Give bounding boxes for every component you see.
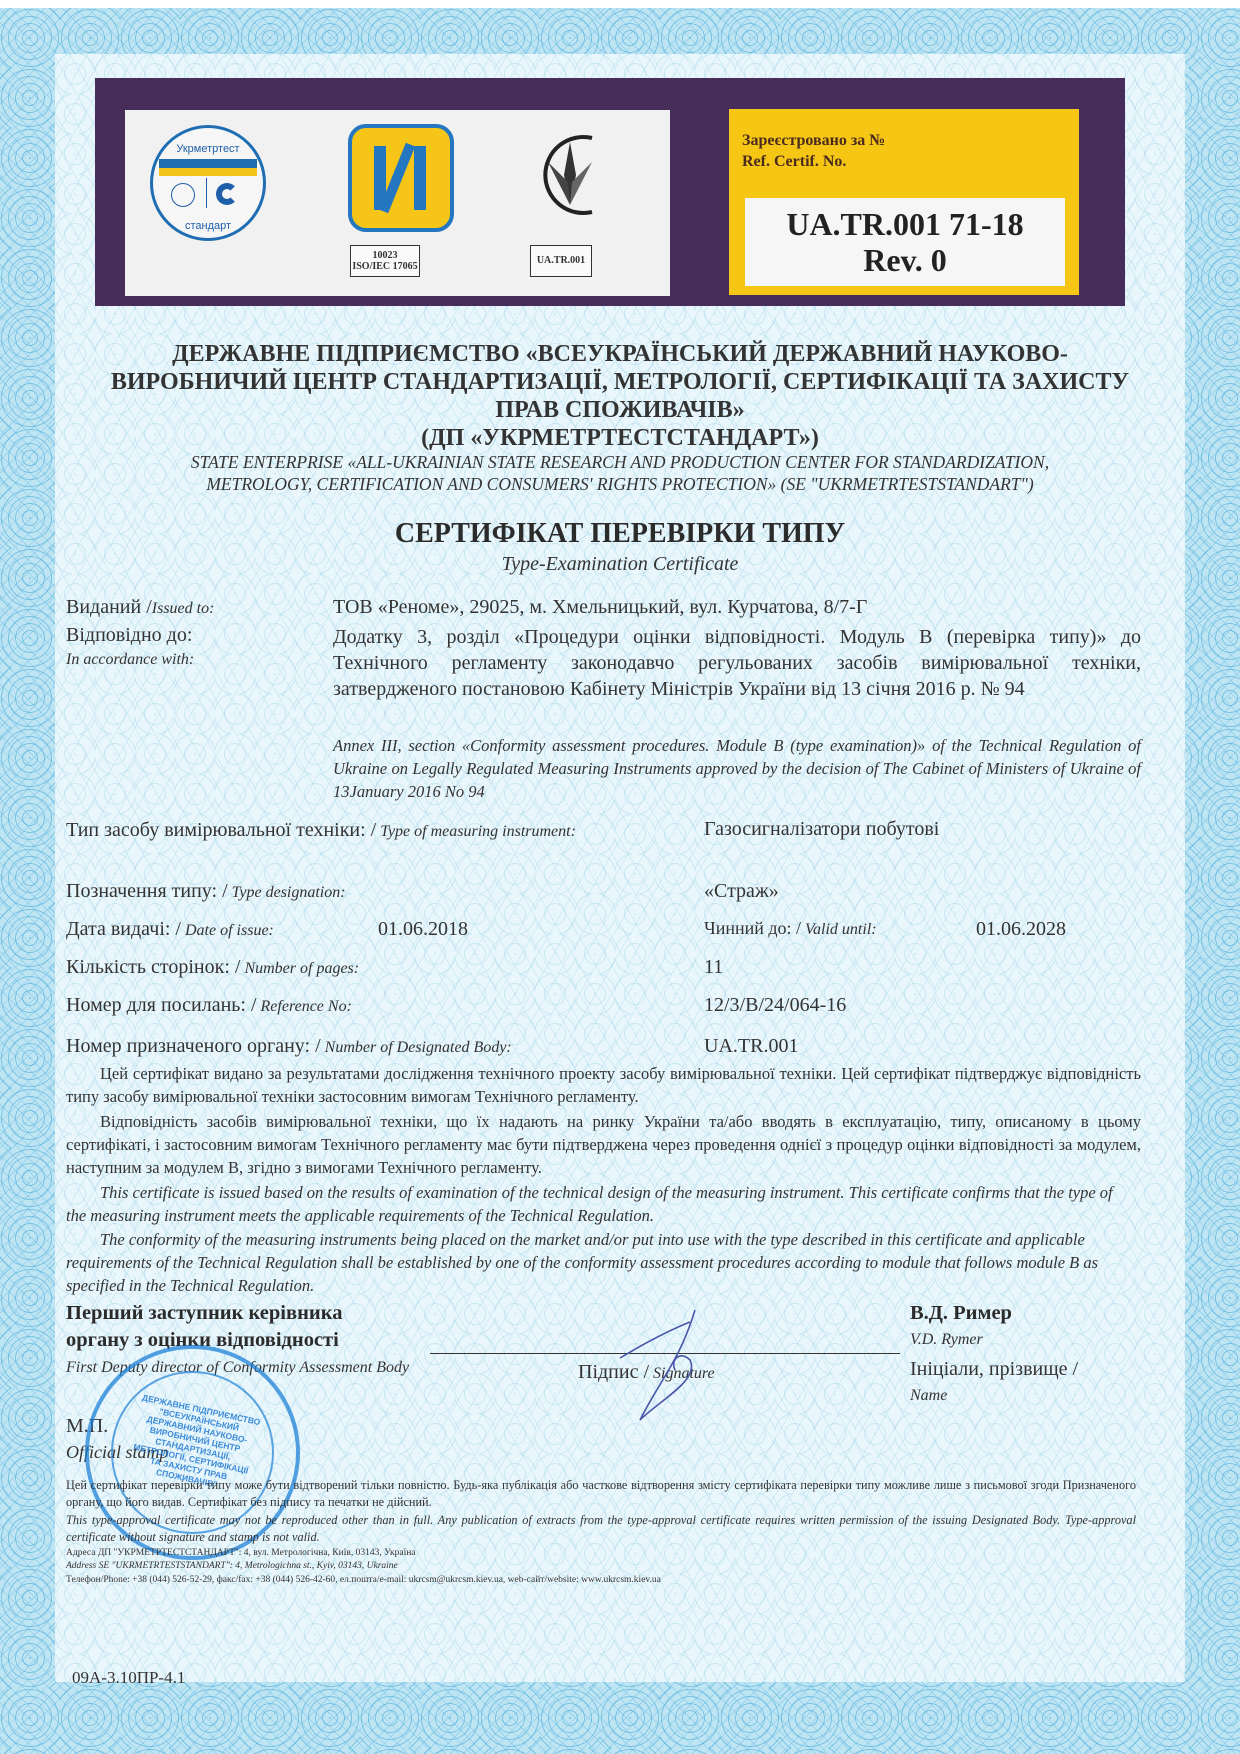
instrument-type-value: Газосигналізатори побутові xyxy=(704,818,939,841)
reproduction-note-en: This type-approval certificate may not b… xyxy=(66,1512,1136,1546)
valid-until-label: Чинний до: / Valid until: xyxy=(704,918,877,939)
certificate-ref-number: UA.TR.001 71-18 Rev. 0 xyxy=(745,198,1065,286)
type-designation-value: «Страж» xyxy=(704,880,779,903)
type-designation-label: Позначення типу: / Type designation: xyxy=(66,880,346,903)
reference-label: Номер для посилань: / Reference No: xyxy=(66,994,352,1017)
accreditation-number-box: 10023 ISO/IEC 17065 xyxy=(350,245,420,277)
date-of-issue-label: Дата видачі: / Date of issue: xyxy=(66,918,274,941)
ukrmetrteststandart-logo: Укрметртест стандарт xyxy=(150,125,266,241)
metrology-c-icon xyxy=(216,183,238,205)
name-label-ua: Ініціали, прізвище / xyxy=(910,1358,1078,1381)
name-label-en: Name xyxy=(910,1387,947,1405)
designated-body-code-box: UA.TR.001 xyxy=(530,245,592,277)
designated-body-value: UA.TR.001 xyxy=(704,1035,798,1058)
certificate-subtitle: Type-Examination Certificate xyxy=(0,553,1240,576)
accordance-label-en: In accordance with: xyxy=(66,651,194,669)
accreditation-ua-logo xyxy=(348,124,454,232)
reproduction-note-ua: Цей сертифікат перевірки типу може бути … xyxy=(66,1477,1136,1511)
organization-name-en: STATE ENTERPRISE «ALL-UKRAINIAN STATE RE… xyxy=(70,451,1170,495)
valid-until-value: 01.06.2028 xyxy=(976,918,1066,941)
organization-name-ua: ДЕРЖАВНЕ ПІДПРИЄМСТВО «ВСЕУКРАЇНСЬКИЙ ДЕ… xyxy=(70,340,1170,452)
signatory-name-en: V.D. Rymer xyxy=(910,1331,983,1349)
conformity-trident-icon xyxy=(171,183,195,207)
paragraph-1-en: This certificate is issued based on the … xyxy=(66,1181,1126,1227)
logo-bottom-text: стандарт xyxy=(153,220,263,232)
flag-blue-stripe xyxy=(159,159,257,168)
instrument-type-label: Тип засобу вимірювальної техніки: / Type… xyxy=(66,818,626,844)
handwritten-signature xyxy=(600,1300,750,1430)
accordance-label-ua: Відповідно до: xyxy=(66,624,192,647)
form-code: 09А-3.10ПР-4.1 xyxy=(72,1668,185,1688)
accordance-value-ua: Додатку 3, розділ «Процедури оцінки відп… xyxy=(333,624,1141,702)
address-ua: Адреса ДП "УКРМЕТРТЕСТСТАНДАРТ": 4, вул.… xyxy=(66,1547,416,1560)
signatory-name-ua: В.Д. Ример xyxy=(910,1300,1012,1327)
contacts: Телефон/Phone: +38 (044) 526-52-29, факс… xyxy=(66,1574,661,1587)
flag-yellow-stripe xyxy=(159,168,257,176)
logo-top-text: Укрметртест xyxy=(153,143,263,155)
national-conformity-mark-icon xyxy=(530,120,610,230)
reference-value: 12/3/B/24/064-16 xyxy=(704,994,846,1017)
paragraph-2-ua: Відповідність засобів вимірювальної техн… xyxy=(66,1110,1141,1179)
accordance-value-en: Annex III, section «Conformity assessmen… xyxy=(333,734,1141,803)
pages-label: Кількість сторінок: / Number of pages: xyxy=(66,956,359,979)
logo-separator xyxy=(206,178,207,208)
pages-value: 11 xyxy=(704,956,723,979)
date-of-issue-value: 01.06.2018 xyxy=(378,918,468,941)
certificate-title: СЕРТИФІКАТ ПЕРЕВІРКИ ТИПУ xyxy=(0,518,1240,550)
address-en: Address SE "UKRMETRTESTSTANDART": 4, Met… xyxy=(66,1560,398,1573)
registration-label: Зареєстровано за № Ref. Certif. No. xyxy=(742,130,885,172)
issued-to-value: ТОВ «Реноме», 29025, м. Хмельницький, ву… xyxy=(333,596,867,619)
paragraph-1-ua: Цей сертифікат видано за результатами до… xyxy=(66,1062,1141,1108)
designated-body-label: Номер призначеного органу: / Number of D… xyxy=(66,1035,512,1058)
paragraph-2-en: The conformity of the measuring instrume… xyxy=(66,1228,1141,1297)
issued-to-label: Виданий /Issued to: xyxy=(66,596,214,619)
